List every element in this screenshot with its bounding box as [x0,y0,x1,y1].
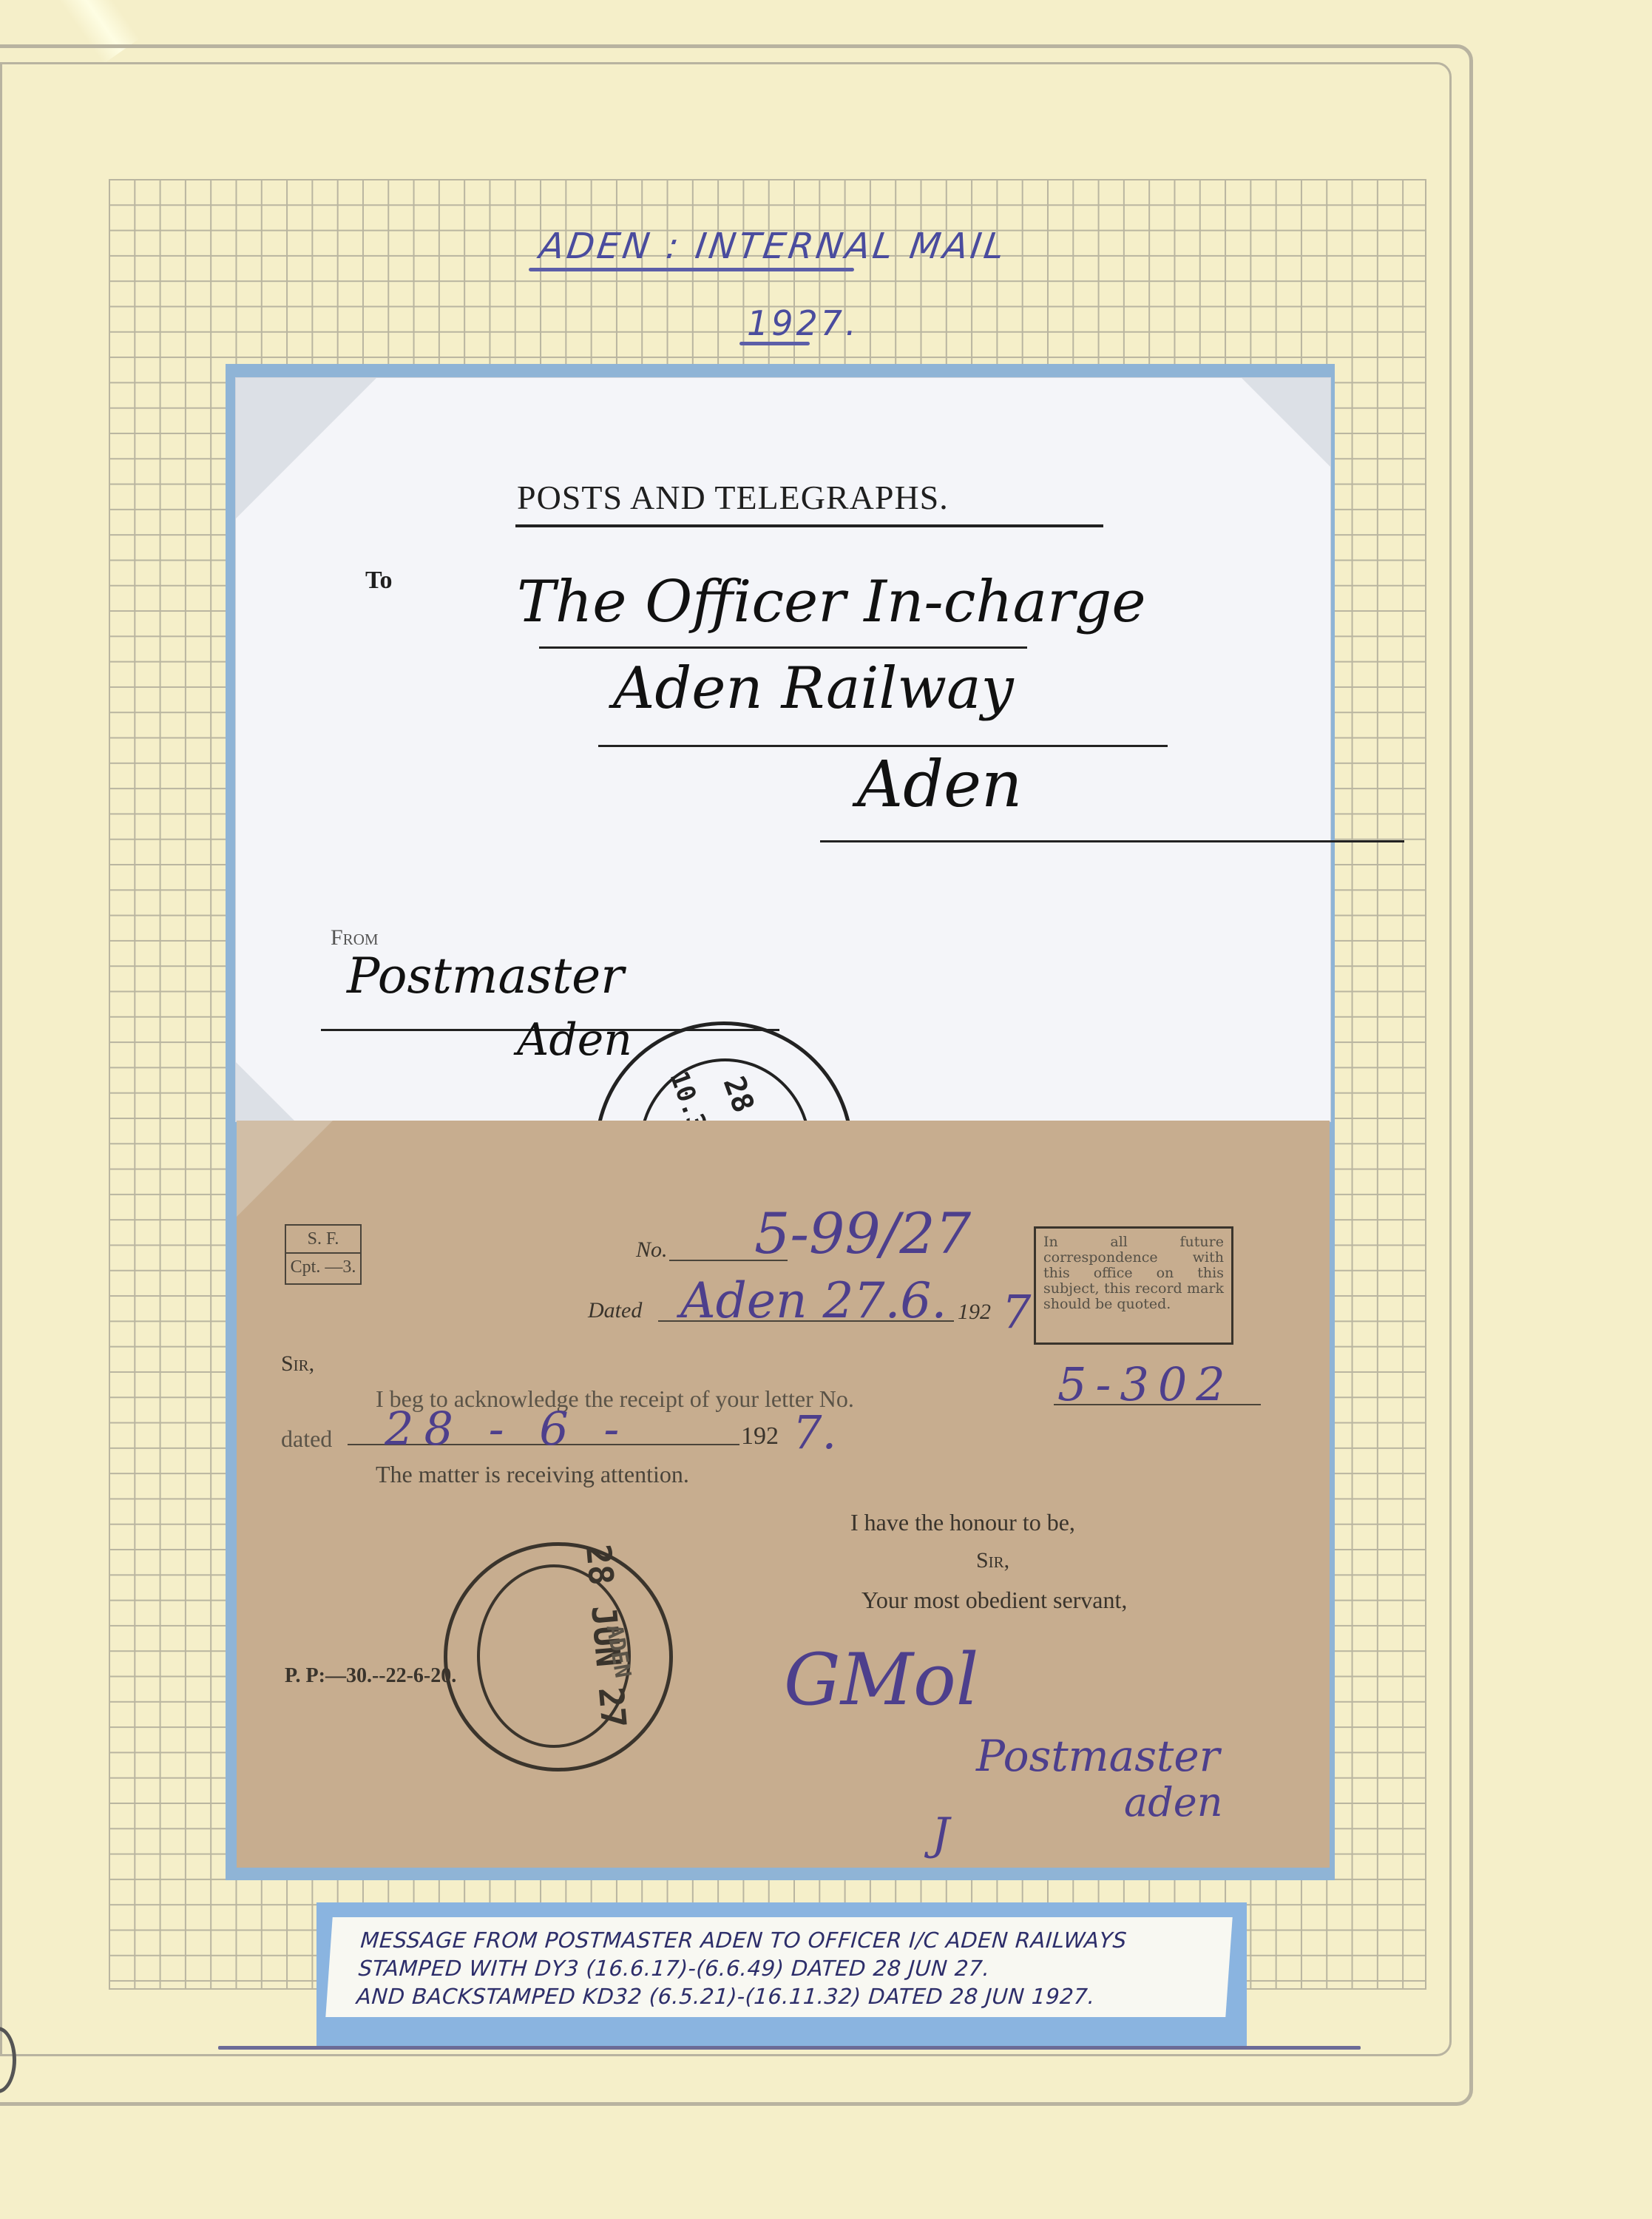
initial-mark: J [932,1808,949,1860]
dated-year-printed: 192 [958,1300,991,1325]
mount-corner [237,1121,333,1217]
dated-label: Dated [588,1298,642,1323]
address-line-3: Aden [857,748,1022,822]
caption-line: AND BACKSTAMPED KD32 (6.5.21)-(16.11.32)… [356,1982,1199,2010]
page-title-underline [529,268,854,271]
signature: GMol [784,1638,978,1721]
cover-heading: POSTS AND TELEGRAPHS. [517,478,949,517]
caption-line: MESSAGE FROM POSTMASTER ADEN TO OFFICER … [359,1926,1202,1954]
backstamp-kd32: 28 JUN 27 ADEN [444,1542,673,1772]
dated2-value: 28 - 6 - [385,1402,629,1456]
sf-label: S. F. [286,1226,360,1254]
dated-value: Aden 27.6. [680,1272,947,1329]
from-label: From [331,925,379,950]
signature-title: Postmaster [976,1731,1219,1781]
dated-year-hand: 7 [1002,1285,1031,1339]
mount-corner [1242,378,1330,467]
mount-corner [236,1062,295,1121]
page-title: ADEN : INTERNAL MAIL [537,226,1010,267]
from-name: Postmaster [347,948,624,1004]
closing-line-1: I have the honour to be, [850,1509,1075,1536]
address-line-1: The Officer In-charge [517,569,1146,635]
dated2-year-printed: 192 [741,1422,779,1450]
from-city: Aden [517,1014,632,1066]
record-notice-box: In all future correspondence with this o… [1034,1226,1233,1345]
caption-line: STAMPED WITH DY3 (16.6.17)-(6.6.49) DATE… [358,1954,1201,1982]
cover-card: POSTS AND TELEGRAPHS. To The Officer In-… [235,377,1331,1122]
caption-label: MESSAGE FROM POSTMASTER ADEN TO OFFICER … [325,1917,1232,2017]
sf-box: S. F. Cpt. —3. [285,1224,362,1285]
address-line-2: Aden Railway [613,655,1014,722]
letter-number: 5-302 [1057,1357,1234,1411]
closing-line-2: Sir, [976,1548,1009,1573]
print-reference: P. P:—30.--22-6-20. [285,1664,456,1688]
address-rule [820,840,1404,842]
matter-line: The matter is receiving attention. [376,1461,689,1488]
salutation: Sir, [281,1351,314,1377]
reference-number: 5-99/27 [754,1200,971,1266]
dated2-label: dated [281,1425,332,1453]
address-rule [598,745,1168,747]
to-label: To [365,567,393,595]
address-rule [539,646,1027,649]
dated2-year-hand: 7. [793,1405,836,1459]
cpt-label: Cpt. —3. [286,1254,360,1280]
signature-city: aden [1124,1779,1223,1825]
bottom-rule [218,2046,1361,2050]
acknowledgement-card: S. F. Cpt. —3. No. 5-99/27 Dated Aden 27… [237,1121,1330,1868]
page-year-underline [739,342,810,345]
mount-corner [236,378,376,519]
cover-heading-underline [515,524,1103,527]
no-label: No. [636,1237,668,1263]
page-year: 1927. [747,303,859,343]
closing-line-3: Your most obedient servant, [861,1587,1127,1614]
